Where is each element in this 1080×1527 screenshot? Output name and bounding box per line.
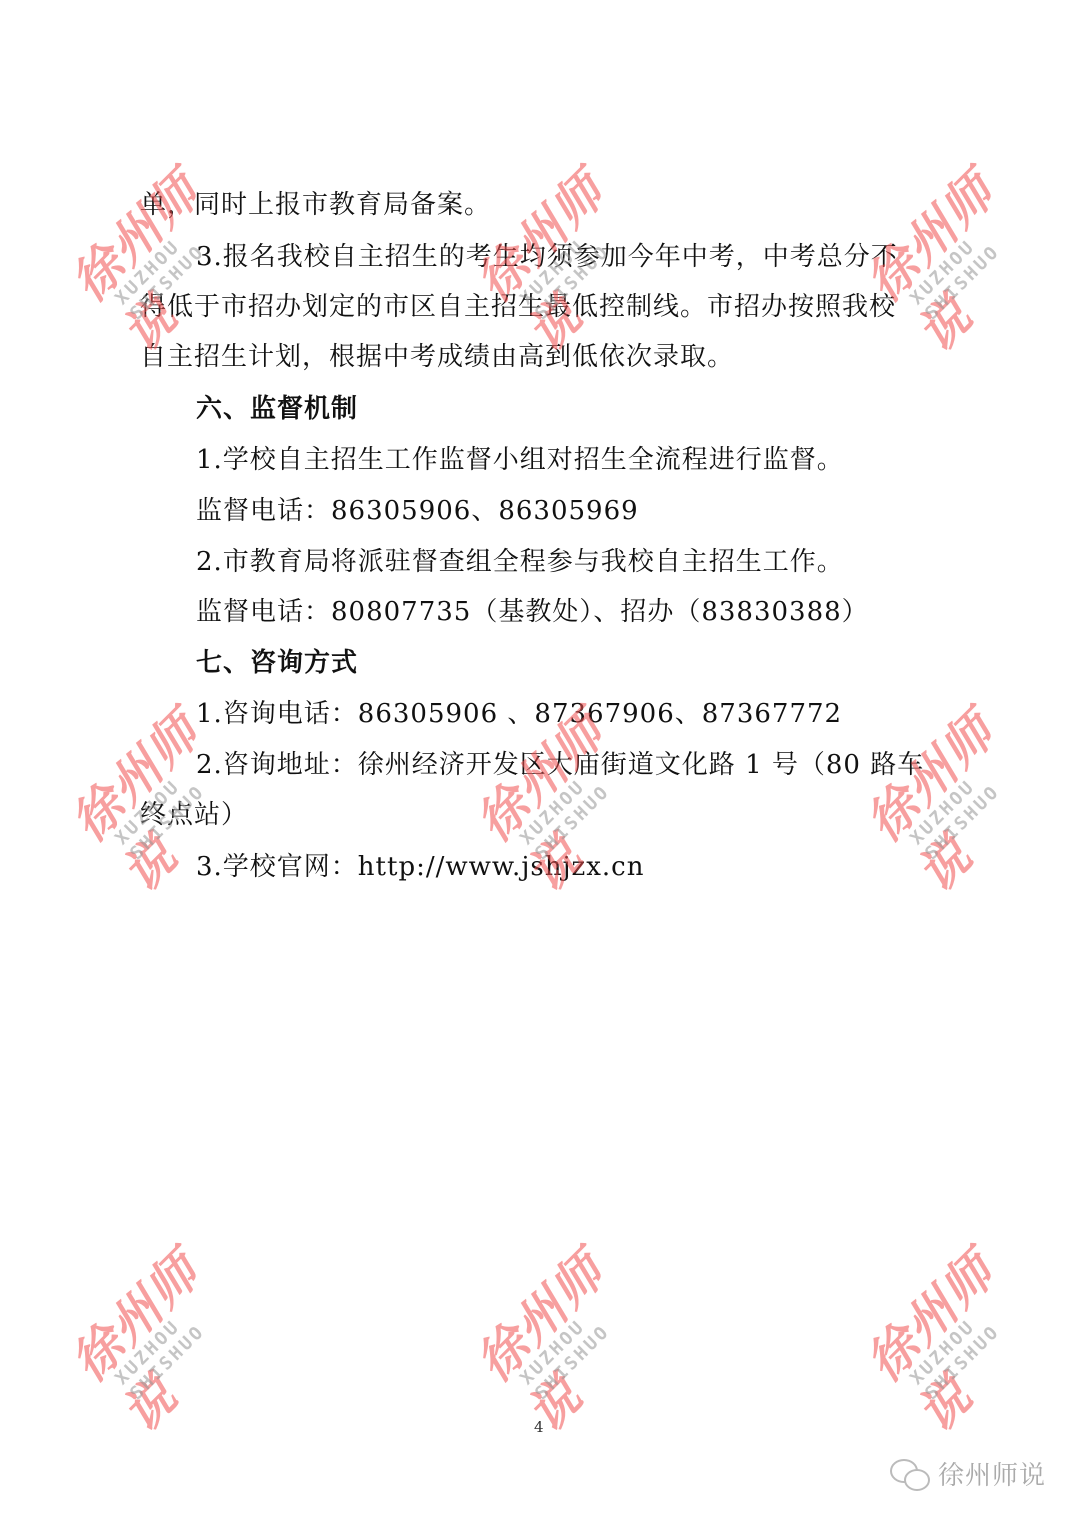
paragraph-line: 自主招生计划，根据中考成绩由高到低依次录取。: [140, 340, 734, 374]
watermark-english: XUZHOU SHISHUO: [111, 1247, 268, 1404]
watermark: 徐州师说XUZHOU SHISHUO: [809, 1164, 1080, 1447]
paragraph-line: 2.市教育局将派驻督查组全程参与我校自主招生工作。: [196, 545, 844, 579]
paragraph-line: 得低于市招办划定的市区自主招生最低控制线。市招办按照我校: [140, 290, 896, 324]
document-page: 单，同时上报市教育局备案。3.报名我校自主招生的考生均须参加今年中考，中考总分不…: [0, 0, 1080, 1527]
paragraph-line: 单，同时上报市教育局备案。: [140, 188, 491, 222]
watermark: 徐州师说XUZHOU SHISHUO: [419, 1164, 702, 1447]
paragraph-line: 监督电话：80807735（基教处）、招办（83830388）: [196, 595, 869, 629]
paragraph-line: 1.学校自主招生工作监督小组对招生全流程进行监督。: [196, 443, 844, 477]
section-heading: 七、咨询方式: [196, 646, 358, 680]
watermark-chinese: 徐州师说: [52, 1202, 295, 1445]
paragraph-line: 3.报名我校自主招生的考生均须参加今年中考，中考总分不: [196, 240, 898, 274]
watermark-english: XUZHOU SHISHUO: [906, 1247, 1063, 1404]
paragraph-line: 1.咨询电话：86305906 、87367906、87367772: [196, 697, 842, 731]
watermark-chinese: 徐州师说: [457, 1202, 700, 1445]
paragraph-line: 终点站）: [140, 798, 248, 832]
watermark-chinese: 徐州师说: [847, 662, 1080, 905]
paragraph-line: 2.咨询地址：徐州经济开发区大庙街道文化路 1 号（80 路车: [196, 748, 924, 782]
section-heading: 六、监督机制: [196, 392, 358, 426]
watermark-english: XUZHOU SHISHUO: [906, 707, 1063, 864]
paragraph-line: 监督电话：86305906、86305969: [196, 494, 639, 528]
brand-label: 徐州师说: [938, 1455, 1046, 1492]
watermark-english: XUZHOU SHISHUO: [516, 1247, 673, 1404]
wechat-icon: [890, 1459, 930, 1489]
paragraph-line: 3.学校官网：http://www.jshjzx.cn: [196, 850, 644, 884]
wechat-brand: 徐州师说: [890, 1455, 1046, 1492]
watermark-english: XUZHOU SHISHUO: [906, 167, 1063, 324]
page-number: 4: [534, 1418, 544, 1436]
watermark: 徐州师说XUZHOU SHISHUO: [14, 1164, 297, 1447]
watermark-chinese: 徐州师说: [847, 1202, 1080, 1445]
